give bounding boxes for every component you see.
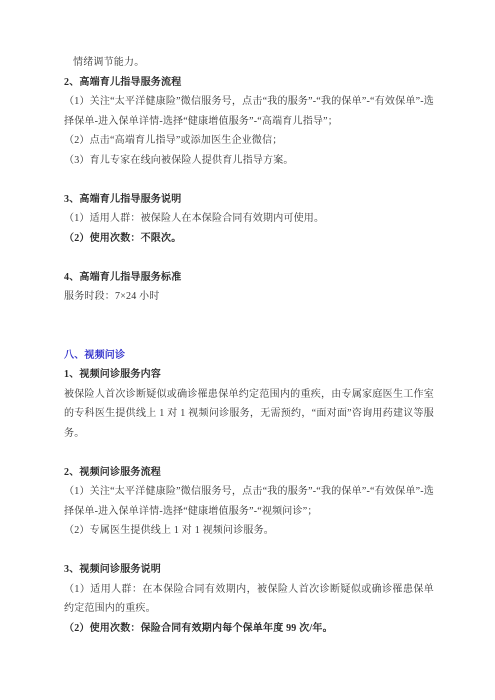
paragraph-line: （1）关注“太平洋健康险”微信服务号，点击“我的服务”-“我的保单”-“有效保单… bbox=[64, 92, 434, 131]
document-page: 情绪调节能力。2、高端育儿指导服务流程（1）关注“太平洋健康险”微信服务号，点击… bbox=[0, 0, 495, 700]
paragraph-line: 情绪调节能力。 bbox=[64, 53, 434, 73]
numbered-heading: 3、视频问诊服务说明 bbox=[64, 560, 434, 580]
document-content: 情绪调节能力。2、高端育儿指导服务流程（1）关注“太平洋健康险”微信服务号，点击… bbox=[64, 53, 434, 638]
numbered-heading: 2、高端育儿指导服务流程 bbox=[64, 73, 434, 93]
paragraph-line: （1）适用人群：在本保险合同有效期内，被保险人首次诊断疑似或确诊罹患保单约定范围… bbox=[64, 580, 434, 619]
paragraph-line: 被保险人首次诊断疑似或确诊罹患保单约定范围内的重疾，由专属家庭医生工作室的专科医… bbox=[64, 385, 434, 444]
numbered-heading: 2、视频问诊服务流程 bbox=[64, 463, 434, 483]
paragraph-line: （1）关注“太平洋健康险”微信服务号，点击“我的服务”-“我的保单”-“有效保单… bbox=[64, 482, 434, 521]
paragraph-line: （2）点击“高端育儿指导”或添加医生企业微信； bbox=[64, 131, 434, 151]
paragraph-line: （2）使用次数：不限次。 bbox=[64, 229, 434, 249]
paragraph-line: （2）使用次数：保险合同有效期内每个保单年度 99 次/年。 bbox=[64, 619, 434, 639]
paragraph-line: （3）育儿专家在线向被保险人提供育儿指导方案。 bbox=[64, 151, 434, 171]
numbered-heading: 3、高端育儿指导服务说明 bbox=[64, 190, 434, 210]
numbered-heading: 1、视频问诊服务内容 bbox=[64, 365, 434, 385]
numbered-heading: 4、高端育儿指导服务标准 bbox=[64, 268, 434, 288]
paragraph-line: 服务时段：7×24 小时 bbox=[64, 287, 434, 307]
section-heading: 八、视频问诊 bbox=[64, 346, 434, 366]
paragraph-line: （2）专属医生提供线上 1 对 1 视频问诊服务。 bbox=[64, 521, 434, 541]
paragraph-line: （1）适用人群：被保险人在本保险合同有效期内可使用。 bbox=[64, 209, 434, 229]
